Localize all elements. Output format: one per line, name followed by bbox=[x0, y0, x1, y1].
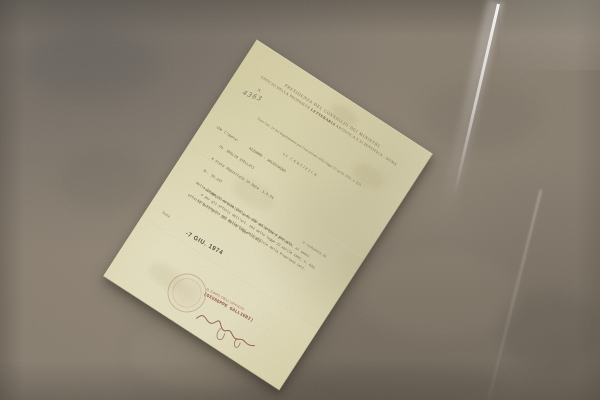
certificate-paper: PRESIDENZA DEL CONSIGLIO DEI MINISTRI UF… bbox=[103, 40, 433, 391]
city-label: Roma, bbox=[161, 210, 171, 218]
header-line-2-suffix: ARTISTICA E SCIENTIFICA - ROMA bbox=[334, 123, 398, 167]
date-stamp: -7 GIU. 1974 bbox=[184, 230, 224, 257]
reference-number-label: N. bbox=[257, 88, 263, 94]
glass-reflection-streak-lower bbox=[488, 190, 542, 399]
background-blotch bbox=[20, 30, 160, 100]
glass-reflection-streak bbox=[453, 4, 500, 195]
background-blotch bbox=[500, 290, 600, 370]
photo-of-certificate: PRESIDENZA DEL CONSIGLIO DEI MINISTRI UF… bbox=[0, 0, 600, 400]
glass-corner-highlight bbox=[500, 0, 600, 70]
header-line-2-prefix: UFFICIO DELLA PROPRIETÀ bbox=[260, 75, 312, 111]
typed-line: N. 33.347 bbox=[203, 169, 223, 184]
background-blotch bbox=[360, 250, 520, 340]
background-blotch bbox=[60, 150, 150, 210]
glass-reflection-band bbox=[436, 0, 503, 226]
background-blotch bbox=[300, 365, 500, 400]
